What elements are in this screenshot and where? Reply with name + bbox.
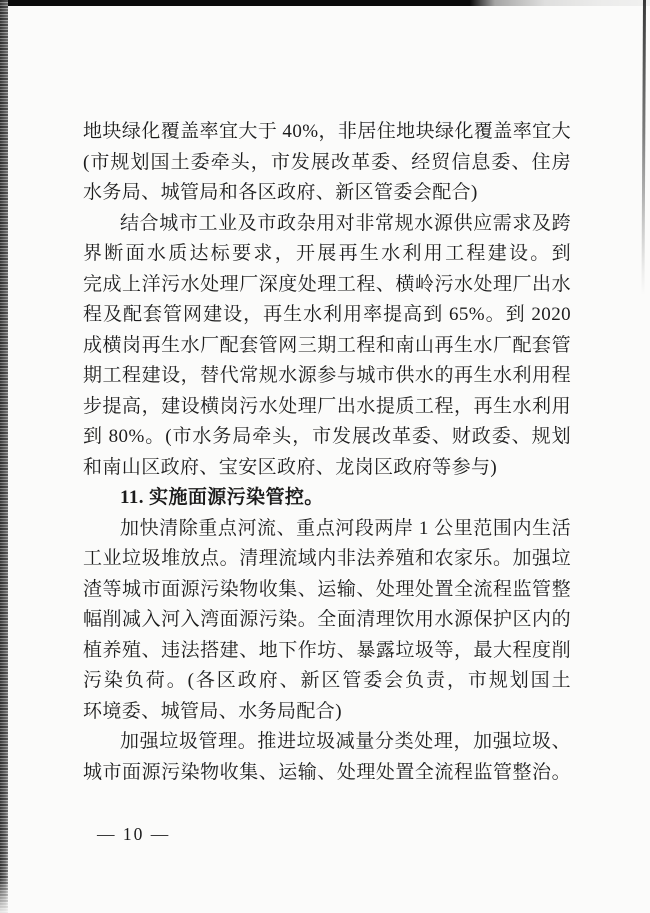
text-line: 地块绿化覆盖率宜大于 40%，非居住地块绿化覆盖率宜大于 30%。 xyxy=(83,117,571,148)
document-text-block: 地块绿化覆盖率宜大于 40%，非居住地块绿化覆盖率宜大于 30%。(市规划国土委… xyxy=(83,117,571,788)
text-line: 期工程建设，替代常规水源参与城市供水的再生水利用程度进一 xyxy=(83,361,571,392)
text-line: 水务局、城管局和各区政府、新区管委会配合) xyxy=(83,178,571,209)
text-line: 和南山区政府、宝安区政府、龙岗区政府等参与) xyxy=(83,453,571,484)
text-line: 工业垃圾堆放点。清理流域内非法养殖和农家乐。加强垃圾、粪 xyxy=(83,544,571,575)
text-line: (市规划国土委牵头，市发展改革委、经贸信息委、住房建设局、 xyxy=(83,148,571,179)
text-line: 到 80%。(市水务局牵头，市发展改革委、财政委、规划国土委 xyxy=(83,422,571,453)
page-number: — 10 — xyxy=(97,823,170,845)
text-line: 成横岗再生水厂配套管网三期工程和南山再生水厂配套管网一 xyxy=(83,331,571,362)
scan-edge-top xyxy=(0,0,650,6)
text-line: 结合城市工业及市政杂用对非常规水源供应需求及跨市交 xyxy=(83,209,571,240)
text-line: 程及配套管网建设，再生水利用率提高到 65%。到 2020 年，完 xyxy=(83,300,571,331)
text-line: 加快清除重点河流、重点河段两岸 1 公里范围内生活垃圾和 xyxy=(83,514,571,545)
text-line: 完成上洋污水处理厂深度处理工程、横岭污水处理厂出水提质工 xyxy=(83,270,571,301)
text-line: 步提高，建设横岗污水处理厂出水提质工程，再生水利用率提高 xyxy=(83,392,571,423)
text-line: 污染负荷。(各区政府、新区管委会负责，市规划国土委、人居 xyxy=(83,666,571,697)
text-line: 城市面源污染物收集、运输、处理处置全流程监管整治。(市城 xyxy=(83,758,571,789)
scanned-document-page: 地块绿化覆盖率宜大于 40%，非居住地块绿化覆盖率宜大于 30%。(市规划国土委… xyxy=(0,0,650,913)
text-line: 界断面水质达标要求，开展再生水利用工程建设。到 2017 年， xyxy=(83,239,571,270)
scan-edge-left xyxy=(0,0,8,913)
text-line: 渣等城市面源污染物收集、运输、处理处置全流程监管整治，大 xyxy=(83,575,571,606)
text-line: 加强垃圾管理。推进垃圾减量分类处理，加强垃圾、粪渣等 xyxy=(83,727,571,758)
scan-edge-right xyxy=(641,0,646,295)
section-heading: 11. 实施面源污染管控。 xyxy=(83,483,571,514)
text-line: 植养殖、违法搭建、地下作坊、暴露垃圾等，最大程度削减入库 xyxy=(83,636,571,667)
text-line: 环境委、城管局、水务局配合) xyxy=(83,697,571,728)
text-line: 幅削减入河入湾面源污染。全面清理饮用水源保护区内的违法种 xyxy=(83,605,571,636)
